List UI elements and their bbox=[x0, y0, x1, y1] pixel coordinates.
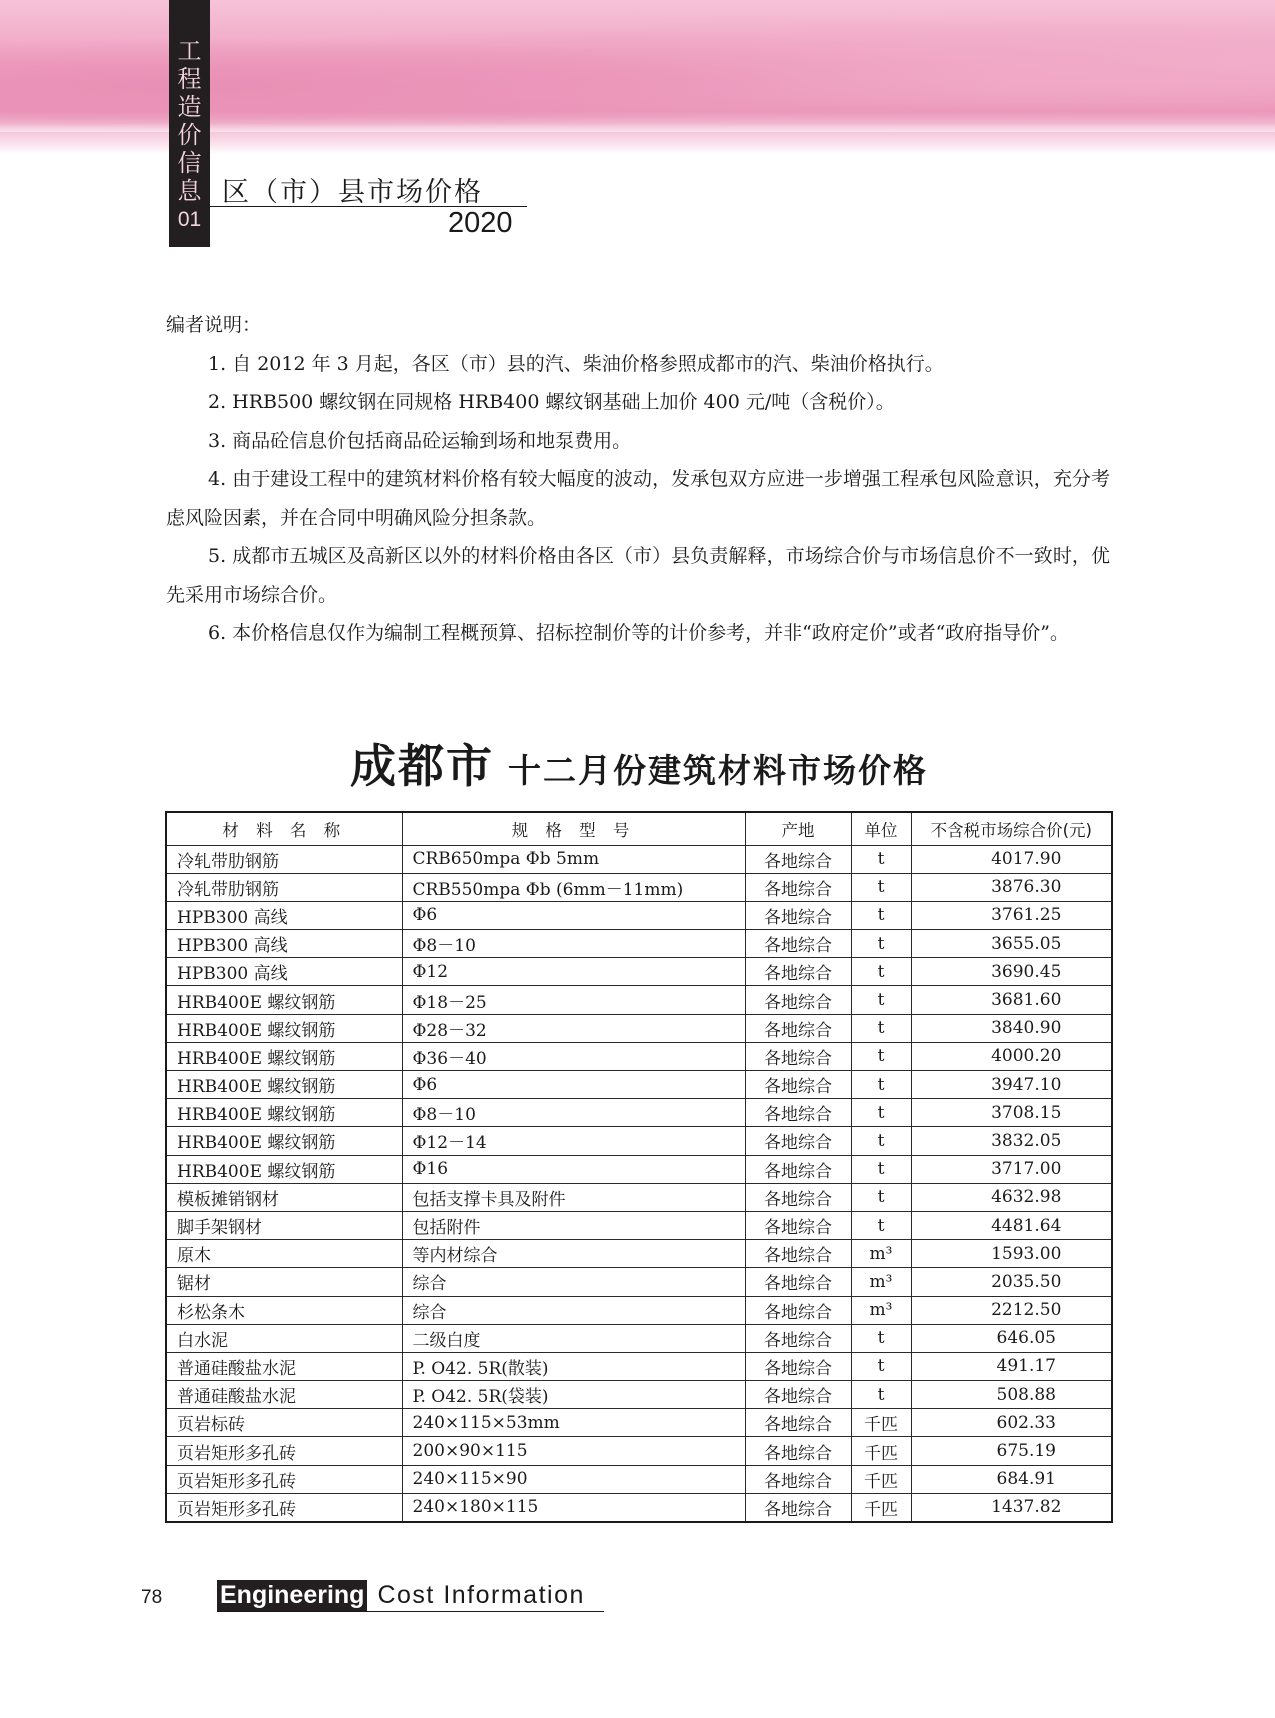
editor-note-item: 2. HRB500 螺纹钢在同规格 HRB400 螺纹钢基础上加价 400 元/… bbox=[166, 383, 1110, 422]
cell-material-name: 冷轧带肋钢筋 bbox=[166, 845, 402, 873]
footer-brand-text: Cost Information bbox=[367, 1580, 584, 1611]
cell-material-name: 锯材 bbox=[166, 1268, 402, 1296]
cell-price: 1593.00 bbox=[911, 1240, 1112, 1268]
cell-spec: Φ36－40 bbox=[402, 1042, 745, 1070]
cell-price: 2035.50 bbox=[911, 1268, 1112, 1296]
cell-material-name: HRB400E 螺纹钢筋 bbox=[166, 986, 402, 1014]
cell-unit: 千匹 bbox=[851, 1465, 911, 1493]
cell-material-name: HPB300 高线 bbox=[166, 958, 402, 986]
cell-unit: t bbox=[851, 1014, 911, 1042]
section-title: 区（市）县市场价格 bbox=[222, 170, 483, 209]
table-row: HRB400E 螺纹钢筋Φ28－32各地综合t3840.90 bbox=[166, 1014, 1112, 1042]
cell-origin: 各地综合 bbox=[745, 1352, 851, 1380]
cell-material-name: 页岩矩形多孔砖 bbox=[166, 1437, 402, 1465]
cell-price: 684.91 bbox=[911, 1465, 1112, 1493]
table-row: 白水泥二级白度各地综合t646.05 bbox=[166, 1324, 1112, 1352]
table-row: HPB300 高线Φ6各地综合t3761.25 bbox=[166, 901, 1112, 929]
cell-unit: t bbox=[851, 1127, 911, 1155]
cell-origin: 各地综合 bbox=[745, 1071, 851, 1099]
table-row: HRB400E 螺纹钢筋Φ12－14各地综合t3832.05 bbox=[166, 1127, 1112, 1155]
cell-unit: m³ bbox=[851, 1268, 911, 1296]
cell-price: 3840.90 bbox=[911, 1014, 1112, 1042]
cell-unit: t bbox=[851, 958, 911, 986]
cell-material-name: 普通硅酸盐水泥 bbox=[166, 1381, 402, 1409]
cell-material-name: HRB400E 螺纹钢筋 bbox=[166, 1099, 402, 1127]
magazine-side-tab: 工 程 造 价 信 息 01 bbox=[169, 0, 210, 247]
cell-origin: 各地综合 bbox=[745, 930, 851, 958]
table-row: HRB400E 螺纹钢筋Φ6各地综合t3947.10 bbox=[166, 1071, 1112, 1099]
cell-origin: 各地综合 bbox=[745, 1155, 851, 1183]
table-row: 冷轧带肋钢筋CRB550mpa Φb (6mm－11mm)各地综合t3876.3… bbox=[166, 873, 1112, 901]
cell-material-name: HRB400E 螺纹钢筋 bbox=[166, 1127, 402, 1155]
table-row: 模板摊销钢材包括支撑卡具及附件各地综合t4632.98 bbox=[166, 1183, 1112, 1211]
cell-spec: P. O42. 5R(袋装) bbox=[402, 1381, 745, 1409]
side-tab-number: 01 bbox=[178, 207, 201, 233]
cell-unit: t bbox=[851, 930, 911, 958]
cell-unit: t bbox=[851, 901, 911, 929]
side-tab-char: 价 bbox=[178, 121, 202, 149]
cell-material-name: HRB400E 螺纹钢筋 bbox=[166, 1042, 402, 1070]
editor-note-item: 6. 本价格信息仅作为编制工程概预算、招标控制价等的计价参考，并非“政府定价”或… bbox=[166, 614, 1110, 653]
cell-spec: Φ12 bbox=[402, 958, 745, 986]
cell-price: 646.05 bbox=[911, 1324, 1112, 1352]
cell-material-name: 杉松条木 bbox=[166, 1296, 402, 1324]
cell-unit: t bbox=[851, 1155, 911, 1183]
editor-note-item: 5. 成都市五城区及高新区以外的材料价格由各区（市）县负责解释，市场综合价与市场… bbox=[166, 537, 1110, 614]
table-row: 冷轧带肋钢筋CRB650mpa Φb 5mm各地综合t4017.90 bbox=[166, 845, 1112, 873]
cell-material-name: 页岩矩形多孔砖 bbox=[166, 1465, 402, 1493]
table-row: 杉松条木综合各地综合m³2212.50 bbox=[166, 1296, 1112, 1324]
cell-unit: 千匹 bbox=[851, 1437, 911, 1465]
cell-material-name: 脚手架钢材 bbox=[166, 1211, 402, 1239]
cell-origin: 各地综合 bbox=[745, 1240, 851, 1268]
table-row: HRB400E 螺纹钢筋Φ8－10各地综合t3708.15 bbox=[166, 1099, 1112, 1127]
column-header-price: 不含税市场综合价(元) bbox=[911, 812, 1112, 845]
cell-origin: 各地综合 bbox=[745, 1465, 851, 1493]
cell-origin: 各地综合 bbox=[745, 845, 851, 873]
cell-spec: 包括支撑卡具及附件 bbox=[402, 1183, 745, 1211]
cell-unit: t bbox=[851, 1071, 911, 1099]
cell-unit: t bbox=[851, 986, 911, 1014]
cell-material-name: HRB400E 螺纹钢筋 bbox=[166, 1071, 402, 1099]
cell-spec: P. O42. 5R(散装) bbox=[402, 1352, 745, 1380]
editor-note-item: 3. 商品砼信息价包括商品砼运输到场和地泵费用。 bbox=[166, 422, 1110, 461]
editor-notes-title: 编者说明： bbox=[166, 306, 1110, 345]
cell-spec: Φ8－10 bbox=[402, 1099, 745, 1127]
cell-unit: t bbox=[851, 1381, 911, 1409]
price-table-heading: 成都市十二月份建筑材料市场价格 bbox=[350, 730, 928, 796]
cell-origin: 各地综合 bbox=[745, 1296, 851, 1324]
side-tab-char: 工 bbox=[178, 37, 202, 65]
cell-origin: 各地综合 bbox=[745, 1014, 851, 1042]
material-price-table: 材 料 名 称 规 格 型 号 产地 单位 不含税市场综合价(元) 冷轧带肋钢筋… bbox=[165, 811, 1113, 1523]
cell-price: 3832.05 bbox=[911, 1127, 1112, 1155]
cell-unit: t bbox=[851, 1352, 911, 1380]
cell-unit: m³ bbox=[851, 1240, 911, 1268]
footer-brand-highlight: Engineering bbox=[217, 1580, 367, 1611]
cell-origin: 各地综合 bbox=[745, 1493, 851, 1521]
table-row: HRB400E 螺纹钢筋Φ36－40各地综合t4000.20 bbox=[166, 1042, 1112, 1070]
side-tab-char: 信 bbox=[178, 149, 202, 177]
table-row: 锯材综合各地综合m³2035.50 bbox=[166, 1268, 1112, 1296]
table-row: HPB300 高线Φ12各地综合t3690.45 bbox=[166, 958, 1112, 986]
cell-origin: 各地综合 bbox=[745, 1409, 851, 1437]
editor-note-item: 1. 自 2012 年 3 月起，各区（市）县的汽、柴油价格参照成都市的汽、柴油… bbox=[166, 345, 1110, 384]
cell-unit: t bbox=[851, 1099, 911, 1127]
cell-price: 3876.30 bbox=[911, 873, 1112, 901]
cell-material-name: 原木 bbox=[166, 1240, 402, 1268]
cell-material-name: 页岩标砖 bbox=[166, 1409, 402, 1437]
footer-brand: Engineering Cost Information bbox=[217, 1580, 604, 1612]
table-row: HRB400E 螺纹钢筋Φ16各地综合t3717.00 bbox=[166, 1155, 1112, 1183]
cell-price: 2212.50 bbox=[911, 1296, 1112, 1324]
cell-spec: CRB650mpa Φb 5mm bbox=[402, 845, 745, 873]
cell-material-name: 白水泥 bbox=[166, 1324, 402, 1352]
cell-spec: 等内材综合 bbox=[402, 1240, 745, 1268]
cell-unit: m³ bbox=[851, 1296, 911, 1324]
side-tab-char: 造 bbox=[178, 93, 202, 121]
cell-unit: t bbox=[851, 1042, 911, 1070]
cell-origin: 各地综合 bbox=[745, 901, 851, 929]
cell-spec: 240×180×115 bbox=[402, 1493, 745, 1521]
cell-material-name: HRB400E 螺纹钢筋 bbox=[166, 1014, 402, 1042]
cell-origin: 各地综合 bbox=[745, 958, 851, 986]
editor-notes: 编者说明： 1. 自 2012 年 3 月起，各区（市）县的汽、柴油价格参照成都… bbox=[166, 306, 1110, 653]
table-row: 页岩矩形多孔砖200×90×115各地综合千匹675.19 bbox=[166, 1437, 1112, 1465]
cell-spec: 二级白度 bbox=[402, 1324, 745, 1352]
cell-price: 3655.05 bbox=[911, 930, 1112, 958]
cell-origin: 各地综合 bbox=[745, 1324, 851, 1352]
cell-origin: 各地综合 bbox=[745, 1381, 851, 1409]
cell-price: 3708.15 bbox=[911, 1099, 1112, 1127]
table-row: HPB300 高线Φ8－10各地综合t3655.05 bbox=[166, 930, 1112, 958]
cell-spec: 240×115×90 bbox=[402, 1465, 745, 1493]
cell-price: 4000.20 bbox=[911, 1042, 1112, 1070]
cell-price: 3717.00 bbox=[911, 1155, 1112, 1183]
cell-price: 602.33 bbox=[911, 1409, 1112, 1437]
cell-unit: t bbox=[851, 1183, 911, 1211]
cell-spec: 240×115×53mm bbox=[402, 1409, 745, 1437]
cell-material-name: 页岩矩形多孔砖 bbox=[166, 1493, 402, 1521]
cell-origin: 各地综合 bbox=[745, 1268, 851, 1296]
cell-unit: t bbox=[851, 1324, 911, 1352]
cell-material-name: HRB400E 螺纹钢筋 bbox=[166, 1155, 402, 1183]
table-row: HRB400E 螺纹钢筋Φ18－25各地综合t3681.60 bbox=[166, 986, 1112, 1014]
table-row: 页岩矩形多孔砖240×180×115各地综合千匹1437.82 bbox=[166, 1493, 1112, 1521]
cell-spec: Φ12－14 bbox=[402, 1127, 745, 1155]
cell-price: 675.19 bbox=[911, 1437, 1112, 1465]
cell-spec: 综合 bbox=[402, 1268, 745, 1296]
cell-unit: t bbox=[851, 873, 911, 901]
city-name: 成都市 bbox=[350, 739, 494, 793]
cell-origin: 各地综合 bbox=[745, 1127, 851, 1155]
cell-spec: 包括附件 bbox=[402, 1211, 745, 1239]
cell-spec: Φ28－32 bbox=[402, 1014, 745, 1042]
table-row: 页岩矩形多孔砖240×115×90各地综合千匹684.91 bbox=[166, 1465, 1112, 1493]
side-tab-char: 程 bbox=[178, 65, 202, 93]
table-row: 原木等内材综合各地综合m³1593.00 bbox=[166, 1240, 1112, 1268]
column-header-material-name: 材 料 名 称 bbox=[166, 812, 402, 845]
cell-unit: 千匹 bbox=[851, 1493, 911, 1521]
cell-origin: 各地综合 bbox=[745, 873, 851, 901]
side-tab-char: 息 bbox=[178, 177, 202, 205]
table-row: 页岩标砖240×115×53mm各地综合千匹602.33 bbox=[166, 1409, 1112, 1437]
cell-price: 4017.90 bbox=[911, 845, 1112, 873]
cell-price: 3681.60 bbox=[911, 986, 1112, 1014]
cell-material-name: 模板摊销钢材 bbox=[166, 1183, 402, 1211]
cell-unit: t bbox=[851, 845, 911, 873]
cell-spec: Φ8－10 bbox=[402, 930, 745, 958]
cell-price: 3690.45 bbox=[911, 958, 1112, 986]
cell-price: 1437.82 bbox=[911, 1493, 1112, 1521]
cell-origin: 各地综合 bbox=[745, 1437, 851, 1465]
cell-unit: 千匹 bbox=[851, 1409, 911, 1437]
cell-unit: t bbox=[851, 1211, 911, 1239]
cell-spec: Φ6 bbox=[402, 901, 745, 929]
cell-origin: 各地综合 bbox=[745, 1042, 851, 1070]
cell-price: 491.17 bbox=[911, 1352, 1112, 1380]
table-body: 冷轧带肋钢筋CRB650mpa Φb 5mm各地综合t4017.90冷轧带肋钢筋… bbox=[166, 845, 1112, 1522]
cell-price: 508.88 bbox=[911, 1381, 1112, 1409]
cell-spec: Φ16 bbox=[402, 1155, 745, 1183]
cell-spec: Φ6 bbox=[402, 1071, 745, 1099]
cell-material-name: 普通硅酸盐水泥 bbox=[166, 1352, 402, 1380]
column-header-origin: 产地 bbox=[745, 812, 851, 845]
cell-spec: Φ18－25 bbox=[402, 986, 745, 1014]
cell-price: 4481.64 bbox=[911, 1211, 1112, 1239]
cell-origin: 各地综合 bbox=[745, 1211, 851, 1239]
table-row: 脚手架钢材包括附件各地综合t4481.64 bbox=[166, 1211, 1112, 1239]
table-row: 普通硅酸盐水泥P. O42. 5R(散装)各地综合t491.17 bbox=[166, 1352, 1112, 1380]
page-number: 78 bbox=[141, 1587, 162, 1609]
cell-price: 4632.98 bbox=[911, 1183, 1112, 1211]
editor-note-item: 4. 由于建设工程中的建筑材料价格有较大幅度的波动，发承包双方应进一步增强工程承… bbox=[166, 460, 1110, 537]
cell-price: 3947.10 bbox=[911, 1071, 1112, 1099]
cell-origin: 各地综合 bbox=[745, 1183, 851, 1211]
cell-spec: CRB550mpa Φb (6mm－11mm) bbox=[402, 873, 745, 901]
column-header-unit: 单位 bbox=[851, 812, 911, 845]
cell-material-name: HPB300 高线 bbox=[166, 901, 402, 929]
cell-price: 3761.25 bbox=[911, 901, 1112, 929]
cell-spec: 200×90×115 bbox=[402, 1437, 745, 1465]
section-year: 2020 bbox=[448, 207, 513, 240]
cell-material-name: 冷轧带肋钢筋 bbox=[166, 873, 402, 901]
table-header-row: 材 料 名 称 规 格 型 号 产地 单位 不含税市场综合价(元) bbox=[166, 812, 1112, 845]
cell-material-name: HPB300 高线 bbox=[166, 930, 402, 958]
cell-spec: 综合 bbox=[402, 1296, 745, 1324]
table-row: 普通硅酸盐水泥P. O42. 5R(袋装)各地综合t508.88 bbox=[166, 1381, 1112, 1409]
table-subtitle: 十二月份建筑材料市场价格 bbox=[508, 751, 928, 790]
cell-origin: 各地综合 bbox=[745, 986, 851, 1014]
column-header-spec: 规 格 型 号 bbox=[402, 812, 745, 845]
cell-origin: 各地综合 bbox=[745, 1099, 851, 1127]
